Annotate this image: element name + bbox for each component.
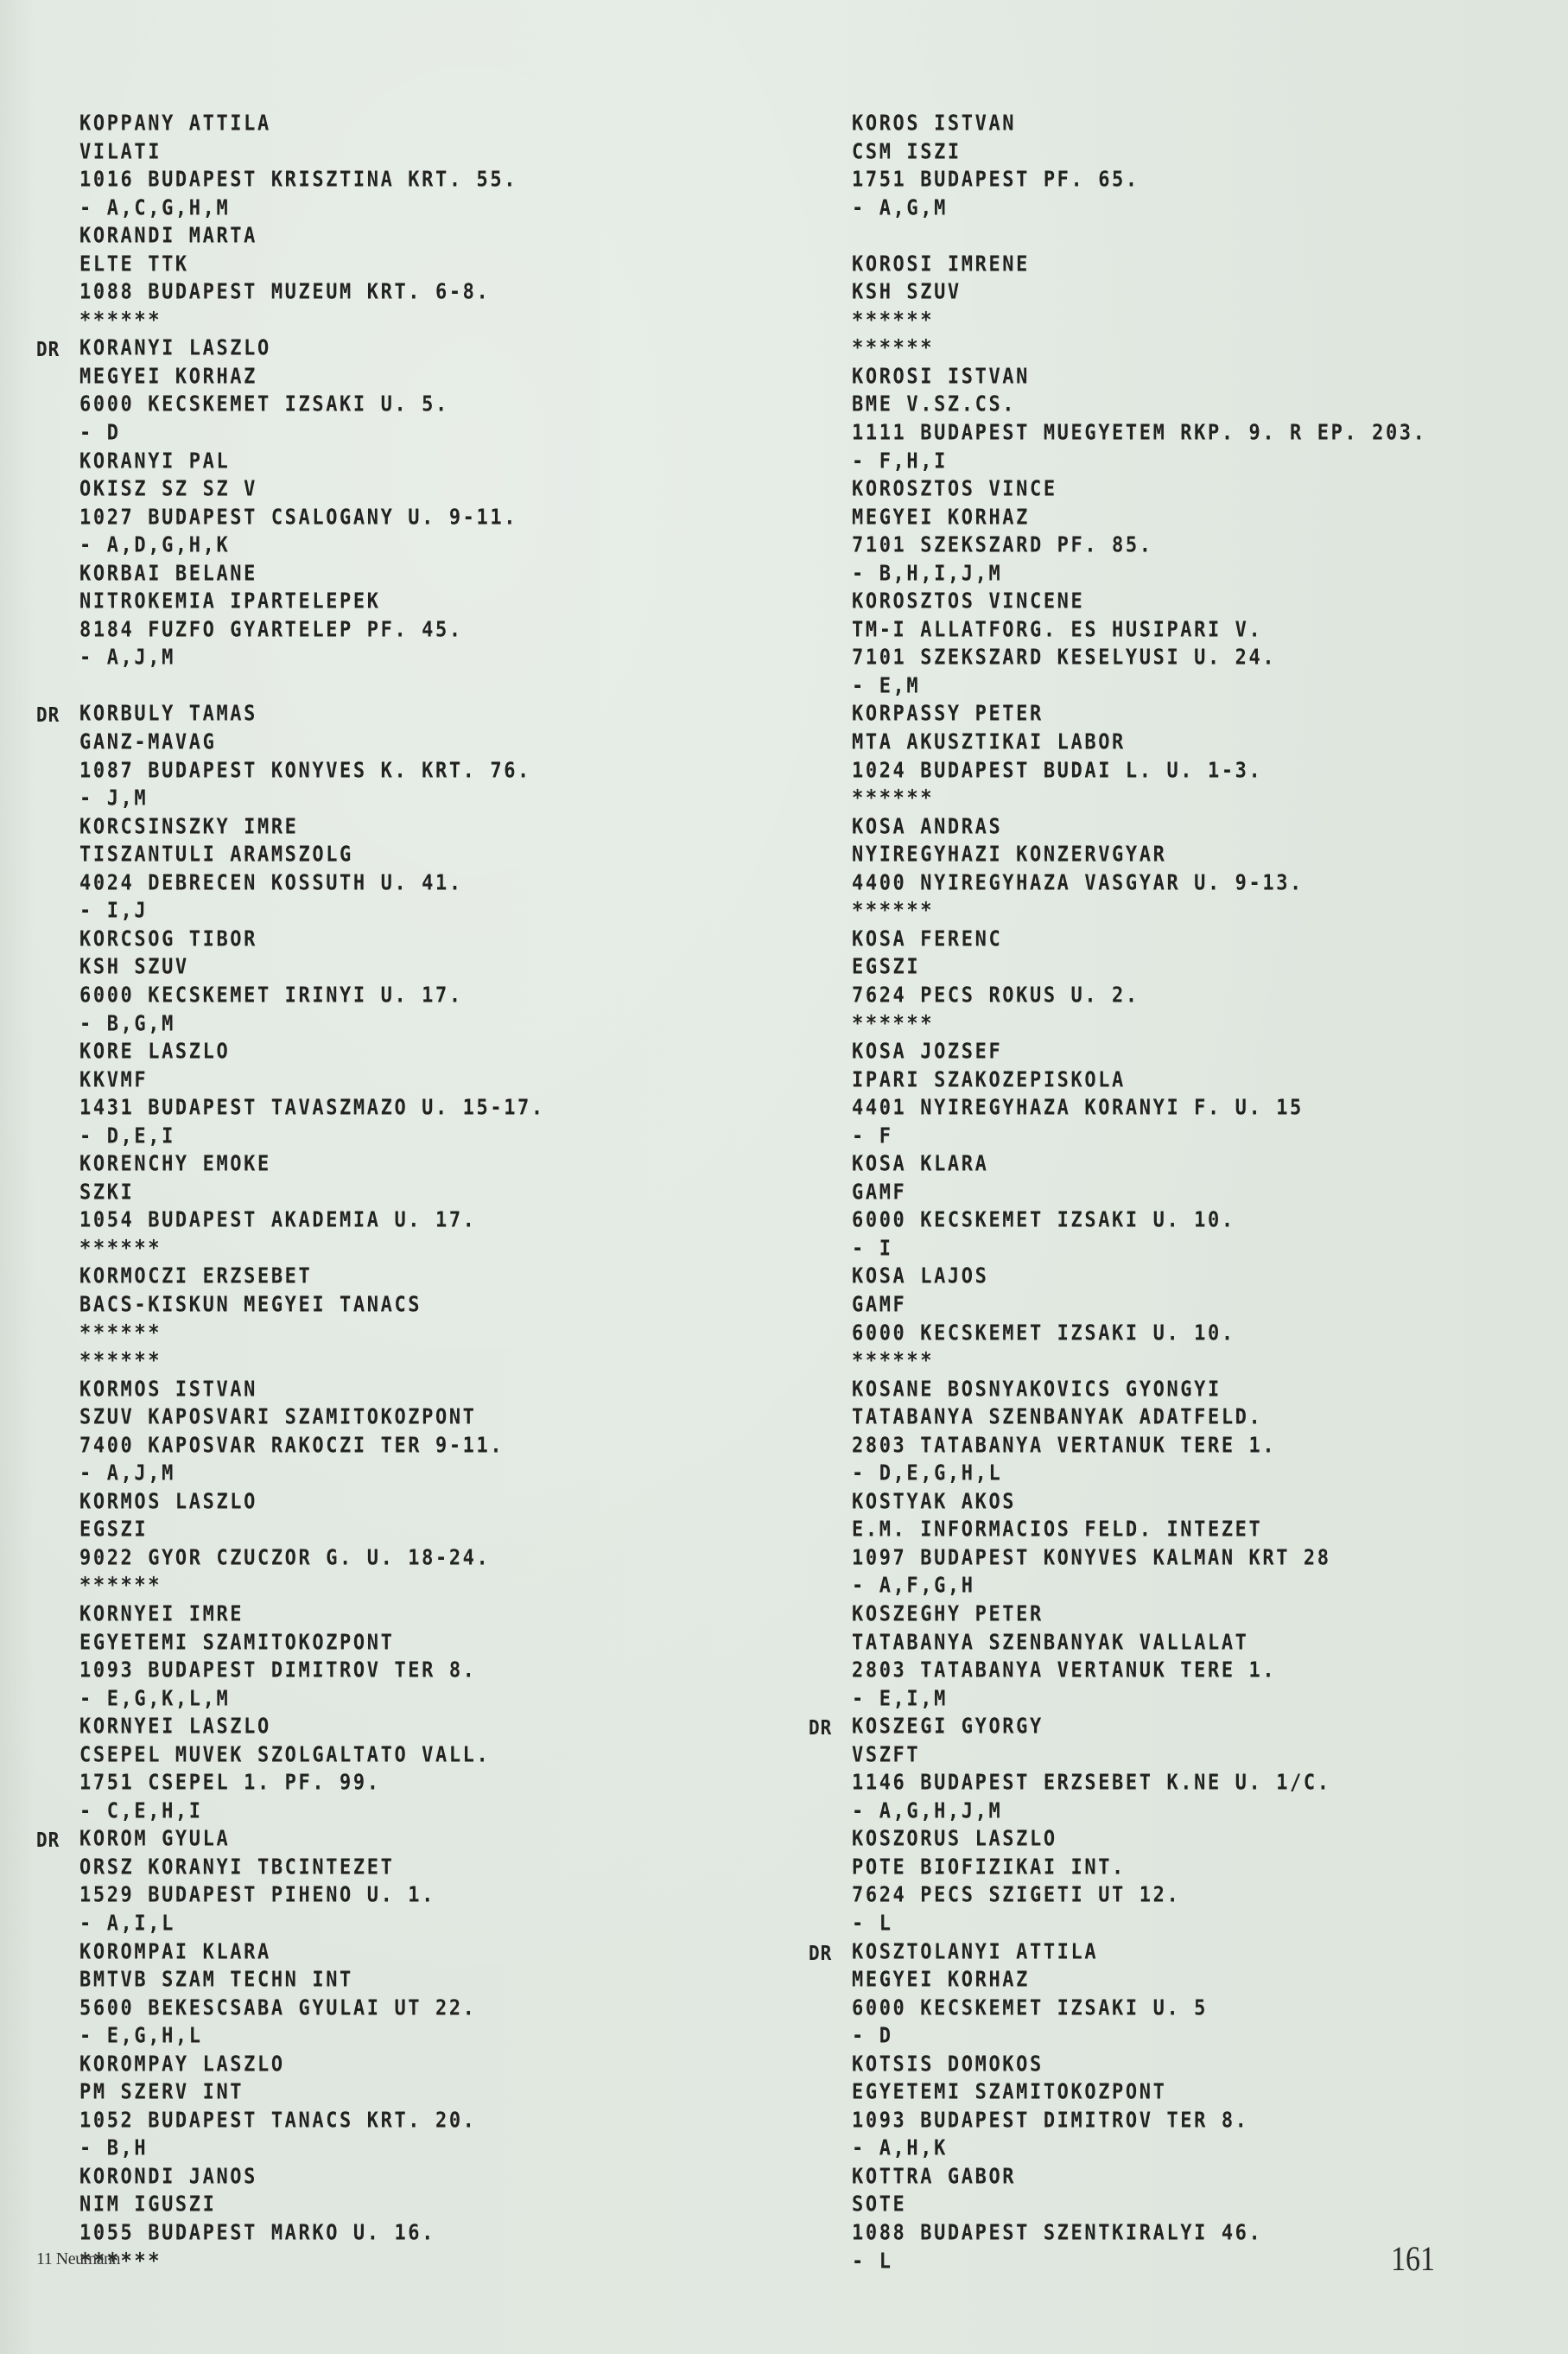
- line-text: KOROSZTOS VINCENE: [852, 590, 1084, 614]
- directory-line: KSH SZUV: [809, 277, 1534, 309]
- line-text: 1016 BUDAPEST KRISZTINA KRT. 55.: [79, 169, 517, 193]
- footer-signature: 11 Neumann: [36, 2249, 120, 2269]
- directory-line: 1431 BUDAPEST TAVASZMAZO U. 15-17.: [36, 1093, 753, 1124]
- line-text: POTE BIOFIZIKAI INT.: [852, 1855, 1126, 1880]
- directory-line: MEGYEI KORHAZ: [809, 1965, 1534, 1996]
- document-page: KOPPANY ATTILAVILATI1016 BUDAPEST KRISZT…: [0, 0, 1568, 2354]
- directory-line: MEGYEI KORHAZ: [809, 503, 1534, 534]
- line-text: KOSZEGI GYORGY: [852, 1715, 1044, 1740]
- directory-line: 6000 KECSKEMET IZSAKI U. 10.: [809, 1319, 1534, 1350]
- directory-line: ******: [809, 306, 1534, 337]
- line-text: 1146 BUDAPEST ERZSEBET K.NE U. 1/C.: [852, 1772, 1331, 1796]
- directory-line: DRKOROM GYULA: [36, 1824, 753, 1855]
- directory-line: 6000 KECSKEMET IRINYI U. 17.: [36, 981, 753, 1012]
- directory-line: EGSZI: [809, 952, 1534, 983]
- directory-line: 1751 CSEPEL 1. PF. 99.: [36, 1768, 753, 1799]
- directory-line: KORMOS ISTVAN: [36, 1375, 753, 1406]
- line-text: 7101 SZEKSZARD PF. 85.: [852, 534, 1153, 558]
- directory-line: TM-I ALLATFORG. ES HUSIPARI V.: [809, 615, 1534, 646]
- directory-line: ******: [809, 896, 1534, 927]
- directory-line: - I,J: [36, 896, 753, 927]
- directory-line: ******: [809, 784, 1534, 815]
- line-text: - C,E,H,I: [79, 1799, 203, 1823]
- directory-line: KORMOS LASZLO: [36, 1487, 753, 1518]
- directory-line: - A,J,M: [36, 1459, 753, 1490]
- line-text: GAMF: [852, 1180, 906, 1205]
- line-text: - D: [852, 2025, 893, 2049]
- line-text: 1093 BUDAPEST DIMITROV TER 8.: [79, 1658, 477, 1683]
- directory-line: OKISZ SZ SZ V: [36, 474, 753, 506]
- directory-line: KORNYEI IMRE: [36, 1600, 753, 1631]
- line-text: NIM IGUSZI: [79, 2193, 216, 2217]
- line-text: - D,E,G,H,L: [852, 1462, 1002, 1486]
- line-text: BME V.SZ.CS.: [852, 393, 1016, 417]
- directory-line: NYIREGYHAZI KONZERVGYAR: [809, 840, 1534, 871]
- line-text: 1024 BUDAPEST BUDAI L. U. 1-3.: [852, 759, 1262, 783]
- line-text: KOTSIS DOMOKOS: [852, 2052, 1044, 2077]
- line-text: NYIREGYHAZI KONZERVGYAR: [852, 843, 1166, 868]
- line-text: ******: [79, 1321, 162, 1346]
- directory-line: KOROS ISTVAN: [809, 109, 1534, 140]
- directory-line: 1529 BUDAPEST PIHENO U. 1.: [36, 1881, 753, 1912]
- directory-line: 1087 BUDAPEST KONYVES K. KRT. 76.: [36, 756, 753, 787]
- directory-line: MTA AKUSZTIKAI LABOR: [809, 728, 1534, 759]
- line-text: IPARI SZAKOZEPISKOLA: [852, 1068, 1126, 1092]
- line-text: - B,H,I,J,M: [852, 562, 1002, 586]
- line-text: KOSA LAJOS: [852, 1265, 988, 1289]
- directory-line: 1093 BUDAPEST DIMITROV TER 8.: [809, 2106, 1534, 2137]
- line-text: E.M. INFORMACIOS FELD. INTEZET: [852, 1518, 1262, 1543]
- directory-line: KOSA LAJOS: [809, 1262, 1534, 1293]
- directory-line: ******: [36, 2247, 753, 2278]
- line-text: CSEPEL MUVEK SZOLGALTATO VALL.: [79, 1743, 490, 1767]
- line-text: KOROMPAY LASZLO: [79, 2052, 285, 2077]
- line-text: CSM ISZI: [852, 140, 962, 164]
- line-text: KORBULY TAMAS: [79, 703, 257, 727]
- line-text: 1111 BUDAPEST MUEGYETEM RKP. 9. R EP. 20…: [852, 421, 1427, 445]
- line-text: KORANYI PAL: [79, 449, 230, 474]
- directory-line: - D,E,I: [36, 1122, 753, 1153]
- line-text: KOROSI ISTVAN: [852, 365, 1030, 389]
- line-text: - A,H,K: [852, 2137, 948, 2161]
- directory-line: POTE BIOFIZIKAI INT.: [809, 1853, 1534, 1884]
- directory-line: ******: [36, 1234, 753, 1265]
- directory-line: 1093 BUDAPEST DIMITROV TER 8.: [36, 1656, 753, 1687]
- directory-line: 1088 BUDAPEST MUZEUM KRT. 6-8.: [36, 277, 753, 309]
- line-text: 7101 SZEKSZARD KESELYUSI U. 24.: [852, 646, 1276, 671]
- line-text: KOSZORUS LASZLO: [852, 1828, 1057, 1852]
- title-prefix: DR: [36, 700, 60, 731]
- line-text: 6000 KECSKEMET IRINYI U. 17.: [79, 983, 463, 1008]
- line-text: TATABANYA SZENBANYAK VALLALAT: [852, 1631, 1249, 1655]
- line-text: 4401 NYIREGYHAZA KORANYI F. U. 15: [852, 1097, 1304, 1121]
- line-text: KOSA KLARA: [852, 1153, 988, 1177]
- directory-line: TATABANYA SZENBANYAK ADATFELD.: [809, 1403, 1534, 1434]
- directory-line: SOTE: [809, 2191, 1534, 2222]
- title-prefix: DR: [36, 334, 60, 365]
- directory-line: 6000 KECSKEMET IZSAKI U. 10.: [809, 1206, 1534, 1237]
- line-text: KOROSI IMRENE: [852, 252, 1030, 277]
- line-text: 1431 BUDAPEST TAVASZMAZO U. 15-17.: [79, 1097, 545, 1121]
- line-text: - A,G,M: [852, 196, 948, 220]
- directory-line: TATABANYA SZENBANYAK VALLALAT: [809, 1628, 1534, 1659]
- line-text: KORBAI BELANE: [79, 562, 257, 586]
- directory-line: KOROSI IMRENE: [809, 250, 1534, 281]
- line-text: 1751 CSEPEL 1. PF. 99.: [79, 1772, 381, 1796]
- directory-line: - A,G,M: [809, 194, 1534, 225]
- directory-line: - B,H: [36, 2134, 753, 2165]
- line-text: 2803 TATABANYA VERTANUK TERE 1.: [852, 1658, 1276, 1683]
- directory-line: CSEPEL MUVEK SZOLGALTATO VALL.: [36, 1740, 753, 1772]
- line-text: 6000 KECSKEMET IZSAKI U. 10.: [852, 1321, 1235, 1346]
- line-text: - L: [852, 1912, 893, 1936]
- directory-line: - A,F,G,H: [809, 1571, 1534, 1602]
- line-text: - I,J: [79, 900, 148, 924]
- line-text: 1088 BUDAPEST MUZEUM KRT. 6-8.: [79, 281, 490, 305]
- directory-line: - A,I,L: [36, 1909, 753, 1940]
- directory-line: KORNYEI LASZLO: [36, 1712, 753, 1743]
- line-text: ******: [852, 1012, 934, 1036]
- line-text: 5600 BEKESCSABA GYULAI UT 22.: [79, 1996, 477, 2020]
- directory-line: GAMF: [809, 1290, 1534, 1321]
- directory-line: 2803 TATABANYA VERTANUK TERE 1.: [809, 1656, 1534, 1687]
- line-text: - A,I,L: [79, 1912, 175, 1936]
- line-text: 4400 NYIREGYHAZA VASGYAR U. 9-13.: [852, 871, 1304, 895]
- directory-line: ******: [809, 1346, 1534, 1377]
- line-text: KOPPANY ATTILA: [79, 111, 271, 136]
- line-text: SZUV KAPOSVARI SZAMITOKOZPONT: [79, 1406, 477, 1430]
- directory-line: [36, 671, 753, 703]
- line-text: - A,C,G,H,M: [79, 196, 230, 220]
- directory-line: VILATI: [36, 137, 753, 169]
- line-text: - B,G,M: [79, 1012, 175, 1036]
- directory-line: 1054 BUDAPEST AKADEMIA U. 17.: [36, 1206, 753, 1237]
- line-text: - A,D,G,H,K: [79, 534, 230, 558]
- line-text: - E,M: [852, 674, 920, 698]
- line-text: 7624 PECS ROKUS U. 2.: [852, 983, 1139, 1008]
- line-text: - B,H: [79, 2137, 148, 2161]
- directory-line: KOROSI ISTVAN: [809, 362, 1534, 393]
- directory-line: - D,E,G,H,L: [809, 1459, 1534, 1490]
- directory-line: DRKORANYI LASZLO: [36, 334, 753, 365]
- line-text: ******: [852, 1349, 934, 1373]
- directory-line: TISZANTULI ARAMSZOLG: [36, 840, 753, 871]
- line-text: KORMOS LASZLO: [79, 1490, 257, 1514]
- title-prefix: DR: [809, 1712, 832, 1743]
- line-text: ******: [79, 309, 162, 333]
- line-text: VSZFT: [852, 1743, 920, 1767]
- directory-line: KORMOCZI ERZSEBET: [36, 1262, 753, 1293]
- line-text: KORE LASZLO: [79, 1040, 230, 1064]
- directory-line: EGYETEMI SZAMITOKOZPONT: [809, 2077, 1534, 2109]
- left-column: KOPPANY ATTILAVILATI1016 BUDAPEST KRISZT…: [36, 111, 753, 2276]
- line-text: - A,G,H,J,M: [852, 1799, 1002, 1823]
- line-text: KORENCHY EMOKE: [79, 1153, 271, 1177]
- right-column: KOROS ISTVANCSM ISZI1751 BUDAPEST PF. 65…: [809, 111, 1534, 2276]
- line-text: 1052 BUDAPEST TANACS KRT. 20.: [79, 2109, 477, 2133]
- directory-line: 1016 BUDAPEST KRISZTINA KRT. 55.: [36, 165, 753, 196]
- directory-line: BACS-KISKUN MEGYEI TANACS: [36, 1290, 753, 1321]
- line-text: KOSA ANDRAS: [852, 815, 1002, 839]
- line-text: 1751 BUDAPEST PF. 65.: [852, 169, 1139, 193]
- line-text: - A,F,G,H: [852, 1575, 975, 1599]
- directory-line: - E,G,H,L: [36, 2021, 753, 2052]
- line-text: ******: [79, 1349, 162, 1373]
- line-text: - A,J,M: [79, 646, 175, 671]
- directory-line: KORENCHY EMOKE: [36, 1149, 753, 1180]
- line-text: 7624 PECS SZIGETI UT 12.: [852, 1884, 1180, 1908]
- title-prefix: DR: [809, 1937, 832, 1969]
- directory-line: 4400 NYIREGYHAZA VASGYAR U. 9-13.: [809, 868, 1534, 900]
- directory-line: [809, 221, 1534, 252]
- line-text: KOSZEGHY PETER: [852, 1602, 1044, 1626]
- line-text: BMTVB SZAM TECHN INT: [79, 1969, 353, 1993]
- line-text: KSH SZUV: [79, 956, 189, 980]
- directory-line: 7624 PECS ROKUS U. 2.: [809, 981, 1534, 1012]
- line-text: 6000 KECSKEMET IZSAKI U. 10.: [852, 1209, 1235, 1233]
- directory-line: - A,J,M: [36, 643, 753, 674]
- line-text: KORANYI LASZLO: [79, 337, 271, 361]
- line-text: 8184 FUZFO GYARTELEP PF. 45.: [79, 618, 463, 642]
- directory-line: KORBAI BELANE: [36, 559, 753, 590]
- line-text: MEGYEI KORHAZ: [852, 506, 1030, 530]
- directory-line: ******: [809, 1009, 1534, 1040]
- line-text: - D,E,I: [79, 1124, 175, 1148]
- line-text: ******: [852, 900, 934, 924]
- line-text: TATABANYA SZENBANYAK ADATFELD.: [852, 1406, 1262, 1430]
- line-text: 1055 BUDAPEST MARKO U. 16.: [79, 2221, 435, 2245]
- directory-line: 1024 BUDAPEST BUDAI L. U. 1-3.: [809, 756, 1534, 787]
- directory-line: KOSA FERENC: [809, 925, 1534, 956]
- directory-line: KOTSIS DOMOKOS: [809, 2050, 1534, 2081]
- directory-line: ******: [809, 334, 1534, 365]
- directory-line: - I: [809, 1234, 1534, 1265]
- directory-line: KOROSZTOS VINCE: [809, 474, 1534, 506]
- directory-line: - L: [809, 1909, 1534, 1940]
- title-prefix: DR: [36, 1824, 60, 1855]
- directory-line: 2803 TATABANYA VERTANUK TERE 1.: [809, 1431, 1534, 1462]
- directory-line: 1055 BUDAPEST MARKO U. 16.: [36, 2218, 753, 2249]
- directory-line: 1751 BUDAPEST PF. 65.: [809, 165, 1534, 196]
- directory-line: - E,G,K,L,M: [36, 1684, 753, 1715]
- directory-line: KOSZEGHY PETER: [809, 1600, 1534, 1631]
- line-text: 1529 BUDAPEST PIHENO U. 1.: [79, 1884, 435, 1908]
- directory-line: KORE LASZLO: [36, 1037, 753, 1068]
- directory-line: - A,G,H,J,M: [809, 1797, 1534, 1828]
- directory-line: KKVMF: [36, 1066, 753, 1097]
- line-text: NITROKEMIA IPARTELEPEK: [79, 590, 381, 614]
- directory-line: - C,E,H,I: [36, 1797, 753, 1828]
- line-text: KORCSOG TIBOR: [79, 927, 257, 951]
- line-text: EGSZI: [79, 1518, 148, 1543]
- line-text: MEGYEI KORHAZ: [852, 1969, 1030, 1993]
- line-text: KOROS ISTVAN: [852, 111, 1016, 136]
- directory-line: 5600 BEKESCSABA GYULAI UT 22.: [36, 1994, 753, 2025]
- line-text: KOSA JOZSEF: [852, 1040, 1002, 1064]
- directory-line: 7101 SZEKSZARD PF. 85.: [809, 531, 1534, 562]
- line-text: 6000 KECSKEMET IZSAKI U. 5.: [79, 393, 449, 417]
- directory-line: KORANYI PAL: [36, 447, 753, 478]
- line-text: KORONDI JANOS: [79, 2165, 257, 2189]
- directory-line: KOROMPAY LASZLO: [36, 2050, 753, 2081]
- line-text: 7400 KAPOSVAR RAKOCZI TER 9-11.: [79, 1434, 504, 1458]
- line-text: 1054 BUDAPEST AKADEMIA U. 17.: [79, 1209, 477, 1233]
- directory-line: 1027 BUDAPEST CSALOGANY U. 9-11.: [36, 503, 753, 534]
- line-text: KORANDI MARTA: [79, 225, 257, 249]
- line-text: MTA AKUSZTIKAI LABOR: [852, 730, 1126, 754]
- line-text: - F,H,I: [852, 449, 948, 474]
- line-text: KORPASSY PETER: [852, 703, 1044, 727]
- line-text: TISZANTULI ARAMSZOLG: [79, 843, 353, 868]
- directory-line: KORPASSY PETER: [809, 700, 1534, 731]
- line-text: GAMF: [852, 1293, 906, 1317]
- line-text: KOROMPAI KLARA: [79, 1940, 271, 1964]
- directory-line: SZUV KAPOSVARI SZAMITOKOZPONT: [36, 1403, 753, 1434]
- directory-line: DRKOSZTOLANYI ATTILA: [809, 1937, 1534, 1969]
- directory-line: KORONDI JANOS: [36, 2162, 753, 2193]
- line-text: ******: [79, 1575, 162, 1599]
- line-text: ******: [852, 787, 934, 811]
- line-text: - A,J,M: [79, 1462, 175, 1486]
- line-text: SZKI: [79, 1180, 134, 1205]
- directory-line: - E,I,M: [809, 1684, 1534, 1715]
- directory-line: 1146 BUDAPEST ERZSEBET K.NE U. 1/C.: [809, 1768, 1534, 1799]
- line-text: KORNYEI IMRE: [79, 1602, 244, 1626]
- line-text: EGSZI: [852, 956, 920, 980]
- line-text: 4024 DEBRECEN KOSSUTH U. 41.: [79, 871, 463, 895]
- line-text: 1088 BUDAPEST SZENTKIRALYI 46.: [852, 2221, 1262, 2245]
- line-text: - E,I,M: [852, 1687, 948, 1711]
- directory-line: SZKI: [36, 1178, 753, 1209]
- directory-line: 1052 BUDAPEST TANACS KRT. 20.: [36, 2106, 753, 2137]
- directory-line: KOSA JOZSEF: [809, 1037, 1534, 1068]
- directory-line: NITROKEMIA IPARTELEPEK: [36, 587, 753, 618]
- directory-line: - B,H,I,J,M: [809, 559, 1534, 590]
- line-text: EGYETEMI SZAMITOKOZPONT: [852, 2081, 1166, 2105]
- line-text: ELTE TTK: [79, 252, 189, 277]
- line-text: - J,M: [79, 787, 148, 811]
- line-text: ******: [79, 1237, 162, 1261]
- line-text: - I: [852, 1237, 893, 1261]
- directory-line: ******: [36, 1346, 753, 1377]
- directory-line: KOSTYAK AKOS: [809, 1487, 1534, 1518]
- directory-line: 4024 DEBRECEN KOSSUTH U. 41.: [36, 868, 753, 900]
- directory-line: - D: [36, 418, 753, 449]
- line-text: ******: [852, 309, 934, 333]
- directory-line: 8184 FUZFO GYARTELEP PF. 45.: [36, 615, 753, 646]
- line-text: GANZ-MAVAG: [79, 730, 216, 754]
- directory-line: EGYETEMI SZAMITOKOZPONT: [36, 1628, 753, 1659]
- directory-line: KORANDI MARTA: [36, 221, 753, 252]
- directory-line: CSM ISZI: [809, 137, 1534, 169]
- directory-line: KOROMPAI KLARA: [36, 1937, 753, 1969]
- line-text: KOTTRA GABOR: [852, 2165, 1016, 2189]
- line-text: VILATI: [79, 140, 162, 164]
- line-text: SOTE: [852, 2193, 906, 2217]
- line-text: - E,G,H,L: [79, 2025, 203, 2049]
- directory-line: KOSA ANDRAS: [809, 812, 1534, 843]
- line-text: KKVMF: [79, 1068, 148, 1092]
- directory-line: - A,D,G,H,K: [36, 531, 753, 562]
- line-text: KOSANE BOSNYAKOVICS GYONGYI: [852, 1377, 1222, 1402]
- directory-line: ******: [36, 1571, 753, 1602]
- directory-line: 6000 KECSKEMET IZSAKI U. 5: [809, 1994, 1534, 2025]
- directory-line: ORSZ KORANYI TBCINTEZET: [36, 1853, 753, 1884]
- directory-line: KSH SZUV: [36, 952, 753, 983]
- directory-line: - E,M: [809, 671, 1534, 703]
- line-text: TM-I ALLATFORG. ES HUSIPARI V.: [852, 618, 1262, 642]
- line-text: 1027 BUDAPEST CSALOGANY U. 9-11.: [79, 506, 517, 530]
- directory-line: VSZFT: [809, 1740, 1534, 1772]
- line-text: KOSTYAK AKOS: [852, 1490, 1016, 1514]
- directory-line: DRKORBULY TAMAS: [36, 700, 753, 731]
- directory-line: KOSA KLARA: [809, 1149, 1534, 1180]
- line-text: KSH SZUV: [852, 281, 962, 305]
- directory-line: MEGYEI KORHAZ: [36, 362, 753, 393]
- directory-line: 6000 KECSKEMET IZSAKI U. 5.: [36, 391, 753, 422]
- line-text: KOROSZTOS VINCE: [852, 478, 1057, 502]
- line-text: 1097 BUDAPEST KONYVES KALMAN KRT 28: [852, 1546, 1331, 1570]
- line-text: ORSZ KORANYI TBCINTEZET: [79, 1855, 394, 1880]
- directory-line: E.M. INFORMACIOS FELD. INTEZET: [809, 1515, 1534, 1546]
- line-text: KORMOS ISTVAN: [79, 1377, 257, 1402]
- directory-line: GANZ-MAVAG: [36, 728, 753, 759]
- line-text: - D: [79, 421, 121, 445]
- line-text: - F: [852, 1124, 893, 1148]
- directory-line: 1097 BUDAPEST KONYVES KALMAN KRT 28: [809, 1543, 1534, 1575]
- line-text: KORMOCZI ERZSEBET: [79, 1265, 312, 1289]
- directory-line: - A,H,K: [809, 2134, 1534, 2165]
- directory-line: KOTTRA GABOR: [809, 2162, 1534, 2193]
- directory-line: BMTVB SZAM TECHN INT: [36, 1965, 753, 1996]
- directory-line: ******: [36, 306, 753, 337]
- page-number: 161: [1391, 2238, 1435, 2279]
- line-text: 1087 BUDAPEST KONYVES K. KRT. 76.: [79, 759, 531, 783]
- directory-line: - A,C,G,H,M: [36, 194, 753, 225]
- line-text: KOSZTOLANYI ATTILA: [852, 1940, 1098, 1964]
- directory-line: 1111 BUDAPEST MUEGYETEM RKP. 9. R EP. 20…: [809, 418, 1534, 449]
- line-text: MEGYEI KORHAZ: [79, 365, 257, 389]
- line-text: - L: [852, 2249, 893, 2274]
- directory-line: 9022 GYOR CZUCZOR G. U. 18-24.: [36, 1543, 753, 1575]
- directory-line: KORCSINSZKY IMRE: [36, 812, 753, 843]
- line-text: 6000 KECSKEMET IZSAKI U. 5: [852, 1996, 1208, 2020]
- directory-line: BME V.SZ.CS.: [809, 391, 1534, 422]
- directory-line: KOSANE BOSNYAKOVICS GYONGYI: [809, 1375, 1534, 1406]
- line-text: PM SZERV INT: [79, 2081, 244, 2105]
- directory-line: ELTE TTK: [36, 250, 753, 281]
- line-text: 9022 GYOR CZUCZOR G. U. 18-24.: [79, 1546, 490, 1570]
- directory-line: - D: [809, 2021, 1534, 2052]
- line-text: 2803 TATABANYA VERTANUK TERE 1.: [852, 1434, 1276, 1458]
- directory-line: 4401 NYIREGYHAZA KORANYI F. U. 15: [809, 1093, 1534, 1124]
- directory-line: - F: [809, 1122, 1534, 1153]
- line-text: - E,G,K,L,M: [79, 1687, 230, 1711]
- directory-line: GAMF: [809, 1178, 1534, 1209]
- line-text: EGYETEMI SZAMITOKOZPONT: [79, 1631, 394, 1655]
- directory-line: NIM IGUSZI: [36, 2191, 753, 2222]
- line-text: KOSA FERENC: [852, 927, 1002, 951]
- directory-line: KOROSZTOS VINCENE: [809, 587, 1534, 618]
- line-text: OKISZ SZ SZ V: [79, 478, 257, 502]
- line-text: 1093 BUDAPEST DIMITROV TER 8.: [852, 2109, 1249, 2133]
- directory-line: DRKOSZEGI GYORGY: [809, 1712, 1534, 1743]
- line-text: BACS-KISKUN MEGYEI TANACS: [79, 1293, 422, 1317]
- directory-line: - B,G,M: [36, 1009, 753, 1040]
- line-text: ******: [852, 337, 934, 361]
- directory-line: IPARI SZAKOZEPISKOLA: [809, 1066, 1534, 1097]
- directory-line: - F,H,I: [809, 447, 1534, 478]
